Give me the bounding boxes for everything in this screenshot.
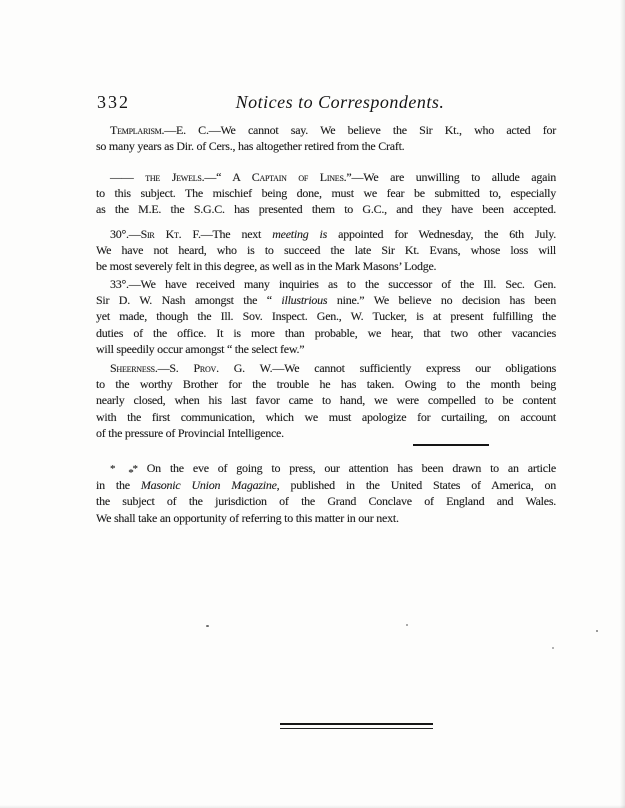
- text-line: duties of the office. It is more than pr…: [96, 325, 556, 341]
- section-divider-rule: [413, 444, 489, 446]
- text-line: will speedily occur amongst “ the select…: [96, 341, 556, 357]
- text-segment: with the first communication, which we m…: [96, 410, 556, 424]
- text-line: Sir D. W. Nash amongst the “ illustrious…: [96, 292, 556, 308]
- text-segment: to this subject. The mischief being done…: [96, 186, 556, 200]
- text-block: Templarism.—E. C.—We cannot say. We beli…: [96, 0, 556, 808]
- text-line: with the first communication, which we m…: [96, 409, 556, 425]
- text-segment: ”—We are unwilling to allude again: [346, 170, 556, 184]
- text-segment: —E. C.—We cannot say. We believe the Sir…: [164, 123, 556, 137]
- text-segment: 30°.—: [110, 227, 141, 241]
- text-segment: G. W.—We cannot sufficiently express our…: [219, 361, 556, 375]
- text-line: *** On the eve of going to press, our at…: [96, 460, 556, 477]
- text-line: 30°.—Sir Kt. F.—The next meeting is appo…: [96, 226, 556, 242]
- text-line: 33°.—We have received many inquiries as …: [96, 276, 556, 292]
- text-segment: —S.: [158, 361, 194, 375]
- paragraph-templarism: Templarism.—E. C.—We cannot say. We beli…: [96, 122, 556, 154]
- text-segment: to the worthy Brother for the trouble he…: [96, 377, 556, 391]
- text-segment: On the eve of going to press, our attent…: [138, 461, 556, 475]
- text-line: of the pressure of Provincial Intelligen…: [96, 425, 556, 441]
- text-line: in the Masonic Union Magazine, published…: [96, 477, 556, 493]
- text-segment: the subject of the jurisdiction of the G…: [96, 494, 556, 508]
- text-segment: We shall take an opportunity of referrin…: [96, 511, 399, 525]
- text-line: Sheerness.—S. Prov. G. W.—We cannot suff…: [96, 360, 556, 376]
- text-segment: Sheerness.: [110, 361, 158, 375]
- scan-artifact-dot: [206, 625, 209, 627]
- footer-double-rule: [280, 723, 433, 729]
- text-segment: be most severely felt in this degree, as…: [96, 259, 436, 273]
- text-segment: of the pressure of Provincial Intelligen…: [96, 426, 284, 440]
- text-segment: —The next: [201, 227, 273, 241]
- text-line: be most severely felt in this degree, as…: [96, 258, 556, 274]
- text-line: to this subject. The mischief being done…: [96, 185, 556, 201]
- text-line: the subject of the jurisdiction of the G…: [96, 493, 556, 509]
- text-segment: published in the United States of Americ…: [279, 478, 556, 492]
- paragraph-eve-of-press-note: *** On the eve of going to press, our at…: [96, 460, 556, 526]
- text-segment: nine.” We believe no decision has been: [327, 293, 556, 307]
- text-line: We shall take an opportunity of referrin…: [96, 510, 556, 526]
- text-segment: Sir Kt. F.: [141, 227, 201, 241]
- text-segment: Captain of Lines.: [252, 170, 347, 184]
- scan-artifact-dot: [552, 647, 554, 649]
- text-segment: illustrious: [281, 293, 327, 307]
- text-line: so many years as Dir. of Cers., has alto…: [96, 138, 556, 154]
- text-segment: 33°.—We have received many inquiries as …: [110, 277, 556, 291]
- text-line: to the worthy Brother for the trouble he…: [96, 376, 556, 392]
- text-line: as the M.E. the S.G.C. has presented the…: [96, 201, 556, 217]
- text-line: nearly closed, when his last favor came …: [96, 392, 556, 408]
- text-segment: Sir D. W. Nash amongst the “: [96, 293, 281, 307]
- text-segment: yet made, though the Ill. Sov. Inspect. …: [96, 309, 556, 323]
- scan-artifact-dot: [596, 630, 598, 632]
- text-segment: so many years as Dir. of Cers., has alto…: [96, 139, 404, 153]
- paragraph-the-jewels: —— the Jewels.—“ A Captain of Lines.”—We…: [96, 169, 556, 218]
- text-line: yet made, though the Ill. Sov. Inspect. …: [96, 308, 556, 324]
- paragraph-thirty-degrees: 30°.—Sir Kt. F.—The next meeting is appo…: [96, 226, 556, 275]
- text-segment: nearly closed, when his last favor came …: [96, 393, 556, 407]
- text-line: Templarism.—E. C.—We cannot say. We beli…: [96, 122, 556, 138]
- text-segment: Masonic Union Magazine,: [141, 478, 280, 492]
- scan-edge-shading: [620, 0, 625, 808]
- text-segment: *: [114, 465, 133, 481]
- text-segment: will speedily occur amongst “ the select…: [96, 342, 304, 356]
- text-segment: We have not heard, who is to succeed the…: [96, 243, 556, 257]
- paragraph-thirty-three-degrees: 33°.—We have received many inquiries as …: [96, 276, 556, 357]
- text-segment: the Jewels.: [145, 170, 204, 184]
- text-line: —— the Jewels.—“ A Captain of Lines.”—We…: [96, 169, 556, 185]
- text-segment: Templarism.: [110, 123, 164, 137]
- paragraph-sheerness: Sheerness.—S. Prov. G. W.—We cannot suff…: [96, 360, 556, 441]
- text-segment: ——: [110, 170, 145, 184]
- scanned-page: 332 Notices to Correspondents. Templaris…: [0, 0, 625, 808]
- text-segment: Prov.: [194, 361, 219, 375]
- scan-artifact-dot: [406, 624, 408, 626]
- text-segment: meeting is: [272, 227, 327, 241]
- text-segment: as the M.E. the S.G.C. has presented the…: [96, 202, 556, 216]
- text-line: We have not heard, who is to succeed the…: [96, 242, 556, 258]
- text-segment: duties of the office. It is more than pr…: [96, 326, 556, 340]
- text-segment: appointed for Wednesday, the 6th July.: [327, 227, 556, 241]
- text-segment: —“ A: [204, 170, 251, 184]
